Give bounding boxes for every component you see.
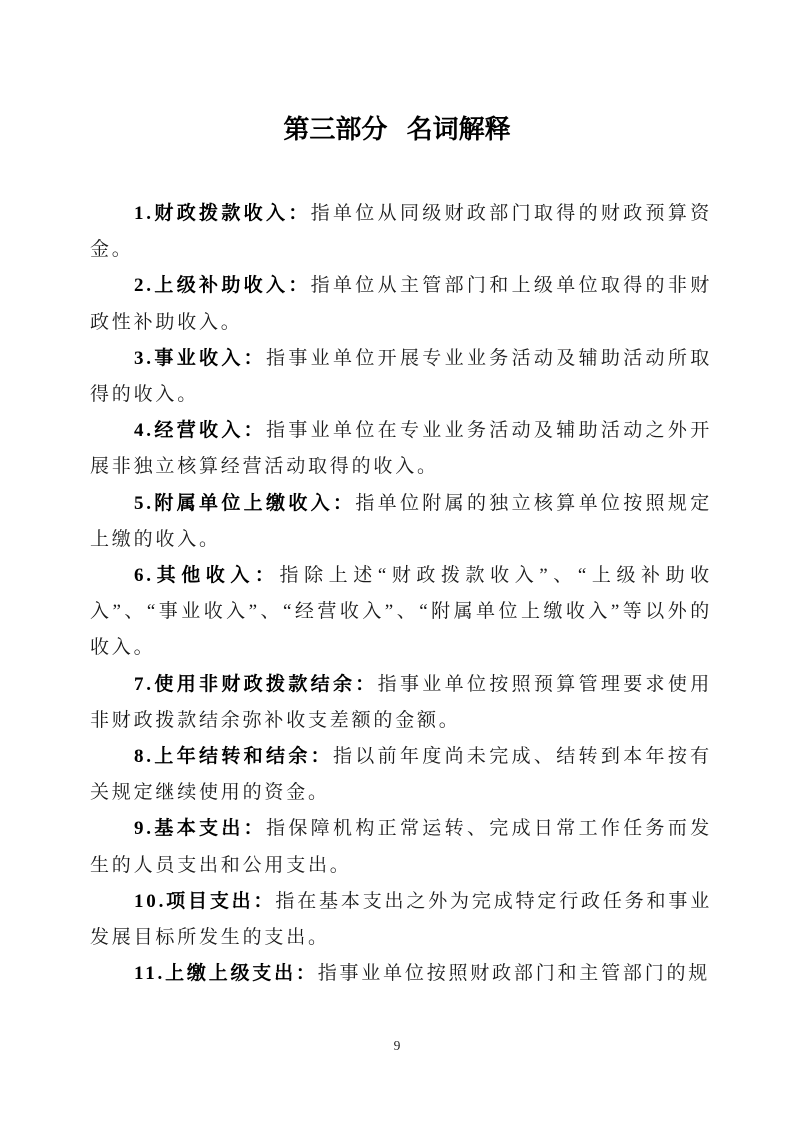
glossary-item-5: 5.附属单位上缴收入：指单位附属的独立核算单位按照规定上缴的收入。 (90, 486, 712, 558)
glossary-item-9: 9.基本支出：指保障机构正常运转、完成日常工作任务而发生的人员支出和公用支出。 (90, 811, 712, 883)
page-number: 9 (0, 1038, 794, 1054)
glossary-item-4: 4.经营收入：指事业单位在专业业务活动及辅助活动之外开展非独立核算经营活动取得的… (90, 413, 712, 485)
glossary-term: 9.基本支出： (134, 818, 266, 839)
glossary-item-2: 2.上级补助收入：指单位从主管部门和上级单位取得的非财政性补助收入。 (90, 268, 712, 340)
glossary-term: 1.财政拨款收入： (134, 203, 311, 224)
glossary-term: 10.项目支出： (134, 891, 275, 912)
glossary-item-1: 1.财政拨款收入：指单位从同级财政部门取得的财政预算资金。 (90, 196, 712, 268)
glossary-term: 7.使用非财政拨款结余： (134, 674, 378, 695)
glossary-item-7: 7.使用非财政拨款结余：指事业单位按照预算管理要求使用非财政拨款结余弥补收支差额… (90, 667, 712, 739)
glossary-item-6: 6.其他收入：指除上述“财政拨款收入”、“上级补助收入”、“事业收入”、“经营收… (90, 558, 712, 667)
page-title: 第三部分 名词解释 (0, 112, 794, 146)
glossary-term: 5.附属单位上缴收入： (134, 493, 355, 514)
glossary-term: 11.上缴上级支出： (134, 963, 318, 984)
glossary-term: 4.经营收入： (134, 420, 266, 441)
glossary-term: 2.上级补助收入： (134, 275, 311, 296)
glossary-item-3: 3.事业收入：指事业单位开展专业业务活动及辅助活动所取得的收入。 (90, 341, 712, 413)
glossary-term: 3.事业收入： (134, 348, 266, 369)
glossary-term: 6.其他收入： (134, 565, 280, 586)
glossary-term: 8.上年结转和结余： (134, 746, 333, 767)
glossary-definition: 指事业单位按照财政部门和主管部门的规 (318, 963, 710, 984)
document-page: 第三部分 名词解释 1.财政拨款收入：指单位从同级财政部门取得的财政预算资金。 … (0, 0, 794, 1123)
glossary-content: 1.财政拨款收入：指单位从同级财政部门取得的财政预算资金。 2.上级补助收入：指… (90, 196, 712, 992)
glossary-item-10: 10.项目支出：指在基本支出之外为完成特定行政任务和事业发展目标所发生的支出。 (90, 884, 712, 956)
glossary-item-11: 11.上缴上级支出：指事业单位按照财政部门和主管部门的规 (90, 956, 712, 992)
glossary-item-8: 8.上年结转和结余：指以前年度尚未完成、结转到本年按有关规定继续使用的资金。 (90, 739, 712, 811)
